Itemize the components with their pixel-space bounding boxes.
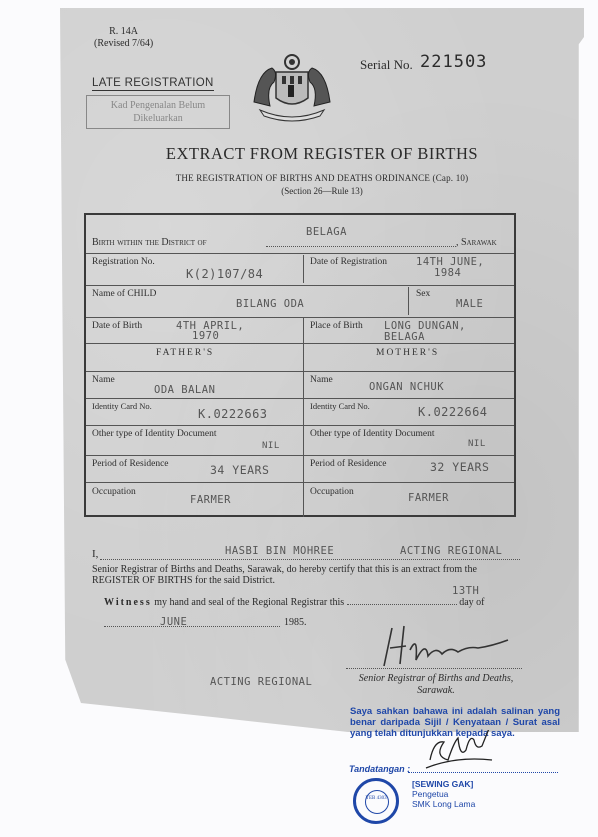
registrar-signature-icon bbox=[376, 620, 526, 670]
birth-record-table: Birth within the District of BELAGA , Sa… bbox=[84, 213, 516, 517]
serial-number-label: Serial No. bbox=[360, 57, 413, 73]
signature-registrar-title: Senior Registrar of Births and Deaths, S… bbox=[346, 673, 526, 697]
sex-value: MALE bbox=[456, 299, 483, 310]
father-occupation-value: FARMER bbox=[190, 495, 231, 506]
form-revision: (Revised 7/64) bbox=[94, 38, 153, 50]
sarawak-label: , Sarawak bbox=[456, 237, 497, 248]
late-registration-label: LATE REGISTRATION bbox=[92, 77, 214, 91]
day-of-label: day of bbox=[459, 597, 484, 608]
father-occupation-label: Occupation bbox=[92, 487, 136, 497]
mother-occupation-value: FARMER bbox=[408, 493, 449, 504]
witness-month-value: JUNE bbox=[160, 617, 187, 628]
registrar-name-dots bbox=[100, 559, 520, 560]
signer-name: [SEWING GAK] bbox=[412, 779, 475, 789]
registration-no-label: Registration No. bbox=[92, 257, 155, 267]
mother-residence-label: Period of Residence bbox=[310, 459, 387, 469]
mother-residence-value: 32 YEARS bbox=[430, 462, 489, 473]
mother-other-id-value: NIL bbox=[468, 439, 486, 450]
serial-number-value: 221503 bbox=[420, 52, 487, 72]
mother-name-value: ONGAN NCHUK bbox=[369, 382, 444, 393]
mother-ic-value: K.0222664 bbox=[418, 407, 488, 418]
witness-line: Witness my hand and seal of the Regional… bbox=[104, 597, 484, 608]
father-other-id-value: NIL bbox=[262, 441, 280, 452]
date-of-birth-line2: 1970 bbox=[192, 331, 219, 342]
place-of-birth-line2: BELAGA bbox=[384, 332, 425, 343]
date-of-birth-label: Date of Birth bbox=[92, 321, 142, 331]
ic-not-issued-stamp: Kad Pengenalan Belum Dikeluarkan bbox=[86, 95, 230, 129]
father-name-label: Name bbox=[92, 375, 115, 385]
certify-i-label: I, bbox=[92, 548, 98, 560]
coat-of-arms-icon bbox=[246, 52, 338, 122]
father-name-value: ODA BALAN bbox=[154, 385, 215, 396]
principal-signature-icon bbox=[420, 730, 500, 772]
place-of-birth-label: Place of Birth bbox=[310, 321, 363, 331]
form-code: R. 14A (Revised 7/64) bbox=[94, 26, 153, 50]
registrar-title: ACTING REGIONAL bbox=[400, 546, 502, 557]
stamp-line-1: Kad Pengenalan Belum bbox=[87, 99, 229, 112]
signer-role: Pengetua bbox=[412, 789, 475, 799]
principal-signer-block: [SEWING GAK] Pengetua SMK Long Lama bbox=[412, 779, 475, 809]
sex-label: Sex bbox=[416, 289, 430, 299]
ordinance-subtitle: THE REGISTRATION OF BIRTHS AND DEATHS OR… bbox=[60, 173, 584, 183]
section-rule: (Section 26—Rule 13) bbox=[60, 186, 584, 196]
child-name-value: BILANG ODA bbox=[236, 299, 304, 310]
mother-name-label: Name bbox=[310, 375, 333, 385]
district-value: BELAGA bbox=[306, 227, 347, 238]
witness-year-value: 1985. bbox=[284, 617, 307, 628]
district-label: Birth within the District of bbox=[92, 237, 206, 248]
registrar-name: HASBI BIN MOHREE bbox=[225, 546, 334, 557]
father-residence-label: Period of Residence bbox=[92, 459, 169, 469]
registration-date-label: Date of Registration bbox=[310, 257, 387, 267]
form-number: R. 14A bbox=[94, 26, 153, 38]
signature-dots bbox=[346, 668, 522, 669]
signature-typed-title: ACTING REGIONAL bbox=[210, 677, 312, 688]
child-name-label: Name of CHILD bbox=[92, 289, 156, 299]
seal-code: YEB 4303 bbox=[356, 796, 396, 801]
witness-day-value: 13TH bbox=[452, 586, 479, 597]
signer-school: SMK Long Lama bbox=[412, 799, 475, 809]
mother-ic-label: Identity Card No. bbox=[310, 401, 370, 411]
month-dots bbox=[104, 626, 280, 627]
school-seal-icon: YEB 4303 bbox=[353, 778, 399, 824]
signature-label: Tandatangan : bbox=[349, 764, 410, 774]
father-other-id-label: Other type of Identity Document bbox=[92, 429, 217, 439]
witness-word: Witness bbox=[104, 597, 152, 608]
registration-no-value: K(2)107/84 bbox=[186, 269, 263, 280]
day-dots bbox=[347, 604, 457, 605]
document-title: EXTRACT FROM REGISTER OF BIRTHS bbox=[60, 144, 584, 164]
father-residence-value: 34 YEARS bbox=[210, 465, 269, 476]
mother-section-heading: MOTHER'S bbox=[376, 348, 439, 358]
father-ic-label: Identity Card No. bbox=[92, 401, 152, 411]
mother-other-id-label: Other type of Identity Document bbox=[310, 429, 435, 439]
mother-occupation-label: Occupation bbox=[310, 487, 354, 497]
father-section-heading: FATHER'S bbox=[156, 348, 214, 358]
father-ic-value: K.0222663 bbox=[198, 409, 268, 420]
registration-date-line2: 1984 bbox=[434, 268, 461, 279]
certification-statement: Senior Registrar of Births and Deaths, S… bbox=[92, 564, 522, 586]
witness-text: my hand and seal of the Regional Registr… bbox=[154, 597, 344, 608]
principal-signature-dots bbox=[408, 772, 558, 773]
signature-title-line1: Senior Registrar of Births and Deaths, bbox=[346, 673, 526, 685]
signature-title-line2: Sarawak. bbox=[346, 685, 526, 697]
stamp-line-2: Dikeluarkan bbox=[87, 112, 229, 125]
district-dots bbox=[266, 246, 456, 247]
